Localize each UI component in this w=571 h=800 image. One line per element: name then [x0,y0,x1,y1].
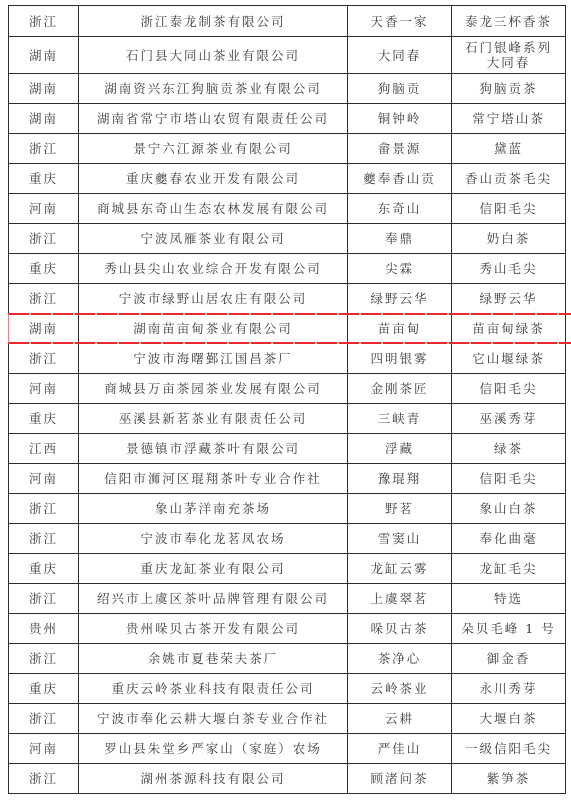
company-cell: 商城县东奇山生态农林发展有限公司 [79,194,348,224]
province-cell: 湖南 [9,314,79,344]
province-cell: 重庆 [9,164,79,194]
brand-cell: 哚贝古茶 [348,614,452,644]
product-cell: 特选 [452,584,566,614]
province-cell: 河南 [9,374,79,404]
province-cell: 河南 [9,464,79,494]
brand-cell: 上虞翠茗 [348,584,452,614]
brand-cell: 夔奉香山贡 [348,164,452,194]
company-cell: 景宁六江源茶业有限公司 [79,134,348,164]
company-cell: 宁波凤雁茶业有限公司 [79,224,348,254]
province-cell: 重庆 [9,554,79,584]
brand-cell: 尖霖 [348,254,452,284]
table-row: 湖南 湖南省常宁市塔山农贸有限责任公司 铜钟岭 常宁塔山茶 [9,104,566,134]
product-cell: 信阳毛尖 [452,194,566,224]
province-cell: 湖南 [9,74,79,104]
province-cell: 贵州 [9,614,79,644]
brand-cell: 东奇山 [348,194,452,224]
table-row: 江西 景德镇市浮藏茶叶有限公司 浮藏 绿茶 [9,434,566,464]
brand-cell: 奉鼎 [348,224,452,254]
province-cell: 重庆 [9,404,79,434]
brand-cell: 苗亩甸 [348,314,452,344]
company-cell: 石门县大同山茶业有限公司 [79,37,348,74]
product-cell: 永川秀芽 [452,674,566,704]
company-cell: 秀山县尖山农业综合开发有限公司 [79,254,348,284]
product-cell: 大堰白茶 [452,704,566,734]
table-row: 浙江 宁波凤雁茶业有限公司 奉鼎 奶白茶 [9,224,566,254]
brand-cell: 浮藏 [348,434,452,464]
table-row: 浙江 宁波市奉化云耕大堰白茶专业合作社 云耕 大堰白茶 [9,704,566,734]
product-cell: 它山堰绿茶 [452,344,566,374]
table-row: 河南 信阳市浉河区琨翔茶叶专业合作社 豫琨翔 信阳毛尖 [9,464,566,494]
product-cell: 紫笋茶 [452,764,566,794]
product-cell: 信阳毛尖 [452,464,566,494]
table-row: 河南 商城县东奇山生态农林发展有限公司 东奇山 信阳毛尖 [9,194,566,224]
company-cell: 重庆夔春农业开发有限公司 [79,164,348,194]
table-row: 河南 商城县万亩茶园茶业发展有限公司 金刚茶匠 信阳毛尖 [9,374,566,404]
brand-cell: 云岭茶业 [348,674,452,704]
brand-cell: 狗脑贡 [348,74,452,104]
product-cell: 石门银峰系列大同春 [452,37,566,74]
company-cell: 湖南资兴东江狗脑贡茶业有限公司 [79,74,348,104]
company-cell: 浙江泰龙制茶有限公司 [79,6,348,37]
brand-cell: 天香一家 [348,6,452,37]
province-cell: 浙江 [9,284,79,314]
company-cell: 宁波市奉化龙茗凤农场 [79,524,348,554]
brand-cell: 雪窦山 [348,524,452,554]
company-cell: 余姚市夏巷荣夫茶厂 [79,644,348,674]
table-row: 浙江 宁波市奉化龙茗凤农场 雪窦山 奉化曲毫 [9,524,566,554]
province-cell: 浙江 [9,224,79,254]
province-cell: 重庆 [9,674,79,704]
product-cell: 奉化曲毫 [452,524,566,554]
product-cell: 秀山毛尖 [452,254,566,284]
province-cell: 浙江 [9,644,79,674]
brand-cell: 三峡青 [348,404,452,434]
product-cell: 奶白茶 [452,224,566,254]
brand-cell: 金刚茶匠 [348,374,452,404]
product-cell: 巫溪秀芽 [452,404,566,434]
province-cell: 湖南 [9,104,79,134]
table-row: 浙江 景宁六江源茶业有限公司 畲景源 黛蓝 [9,134,566,164]
table-row: 湖南 湖南资兴东江狗脑贡茶业有限公司 狗脑贡 狗脑贡茶 [9,74,566,104]
brand-cell: 豫琨翔 [348,464,452,494]
company-cell: 信阳市浉河区琨翔茶叶专业合作社 [79,464,348,494]
company-cell: 景德镇市浮藏茶叶有限公司 [79,434,348,464]
table-row-highlighted: 湖南 湖南苗亩甸茶业有限公司 苗亩甸 苗亩甸绿茶 [9,314,566,344]
brand-cell: 龙缸云雾 [348,554,452,584]
table-row: 浙江 象山茅洋南充茶场 野茗 象山白茶 [9,494,566,524]
product-cell: 信阳毛尖 [452,374,566,404]
province-cell: 浙江 [9,134,79,164]
brand-cell: 严佳山 [348,734,452,764]
company-cell: 象山茅洋南充茶场 [79,494,348,524]
table-row: 重庆 重庆夔春农业开发有限公司 夔奉香山贡 香山贡茶毛尖 [9,164,566,194]
table-row: 浙江 湖州茶源科技有限公司 顾渚问茶 紫笋茶 [9,764,566,794]
province-cell: 浙江 [9,524,79,554]
product-cell: 苗亩甸绿茶 [452,314,566,344]
company-cell: 宁波市绿野山居农庄有限公司 [79,284,348,314]
table-row: 浙江 宁波市绿野山居农庄有限公司 绿野云华 绿野云华 [9,284,566,314]
brand-cell: 铜钟岭 [348,104,452,134]
province-cell: 浙江 [9,764,79,794]
province-cell: 浙江 [9,494,79,524]
province-cell: 浙江 [9,584,79,614]
province-cell: 河南 [9,734,79,764]
brand-cell: 畲景源 [348,134,452,164]
table-row: 重庆 重庆云岭茶业科技有限责任公司 云岭茶业 永川秀芽 [9,674,566,704]
province-cell: 重庆 [9,254,79,284]
company-cell: 宁波市奉化云耕大堰白茶专业合作社 [79,704,348,734]
product-cell: 象山白茶 [452,494,566,524]
company-cell: 重庆龙缸茶业有限公司 [79,554,348,584]
table-row: 重庆 重庆龙缸茶业有限公司 龙缸云雾 龙缸毛尖 [9,554,566,584]
company-cell: 湖州茶源科技有限公司 [79,764,348,794]
province-cell: 浙江 [9,6,79,37]
brand-cell: 四明银雾 [348,344,452,374]
company-cell: 商城县万亩茶园茶业发展有限公司 [79,374,348,404]
product-cell: 常宁塔山茶 [452,104,566,134]
brand-cell: 大同春 [348,37,452,74]
table-row: 重庆 巫溪县新茗茶业有限责任公司 三峡青 巫溪秀芽 [9,404,566,434]
province-cell: 江西 [9,434,79,464]
company-cell: 湖南省常宁市塔山农贸有限责任公司 [79,104,348,134]
product-cell: 朵贝毛峰 1 号 [452,614,566,644]
brand-cell: 顾渚问茶 [348,764,452,794]
province-cell: 浙江 [9,704,79,734]
company-cell: 贵州哚贝古茶开发有限公司 [79,614,348,644]
table-row: 浙江 浙江泰龙制茶有限公司 天香一家 泰龙三杯香茶 [9,6,566,37]
company-cell: 绍兴市上虞区茶叶品牌管理有限公司 [79,584,348,614]
brand-cell: 云耕 [348,704,452,734]
product-cell: 狗脑贡茶 [452,74,566,104]
product-cell: 香山贡茶毛尖 [452,164,566,194]
province-cell: 浙江 [9,344,79,374]
company-cell: 重庆云岭茶业科技有限责任公司 [79,674,348,704]
table-row: 重庆 秀山县尖山农业综合开发有限公司 尖霖 秀山毛尖 [9,254,566,284]
company-cell: 宁波市海曙鄞江国昌茶厂 [79,344,348,374]
table-row: 浙江 宁波市海曙鄞江国昌茶厂 四明银雾 它山堰绿茶 [9,344,566,374]
tea-company-table: 浙江 浙江泰龙制茶有限公司 天香一家 泰龙三杯香茶 湖南 石门县大同山茶业有限公… [8,5,566,794]
table-row: 浙江 绍兴市上虞区茶叶品牌管理有限公司 上虞翠茗 特选 [9,584,566,614]
table-row: 浙江 余姚市夏巷荣夫茶厂 茶净心 御金香 [9,644,566,674]
brand-cell: 茶净心 [348,644,452,674]
table-row: 贵州 贵州哚贝古茶开发有限公司 哚贝古茶 朵贝毛峰 1 号 [9,614,566,644]
company-cell: 湖南苗亩甸茶业有限公司 [79,314,348,344]
product-cell: 御金香 [452,644,566,674]
product-cell: 龙缸毛尖 [452,554,566,584]
product-cell: 泰龙三杯香茶 [452,6,566,37]
province-cell: 河南 [9,194,79,224]
company-cell: 巫溪县新茗茶业有限责任公司 [79,404,348,434]
product-cell: 黛蓝 [452,134,566,164]
table-row: 河南 罗山县朱堂乡严家山（家庭）农场 严佳山 一级信阳毛尖 [9,734,566,764]
table-row: 湖南 石门县大同山茶业有限公司 大同春 石门银峰系列大同春 [9,37,566,74]
province-cell: 湖南 [9,37,79,74]
product-cell: 绿茶 [452,434,566,464]
brand-cell: 野茗 [348,494,452,524]
product-cell: 一级信阳毛尖 [452,734,566,764]
product-cell: 绿野云华 [452,284,566,314]
company-cell: 罗山县朱堂乡严家山（家庭）农场 [79,734,348,764]
brand-cell: 绿野云华 [348,284,452,314]
